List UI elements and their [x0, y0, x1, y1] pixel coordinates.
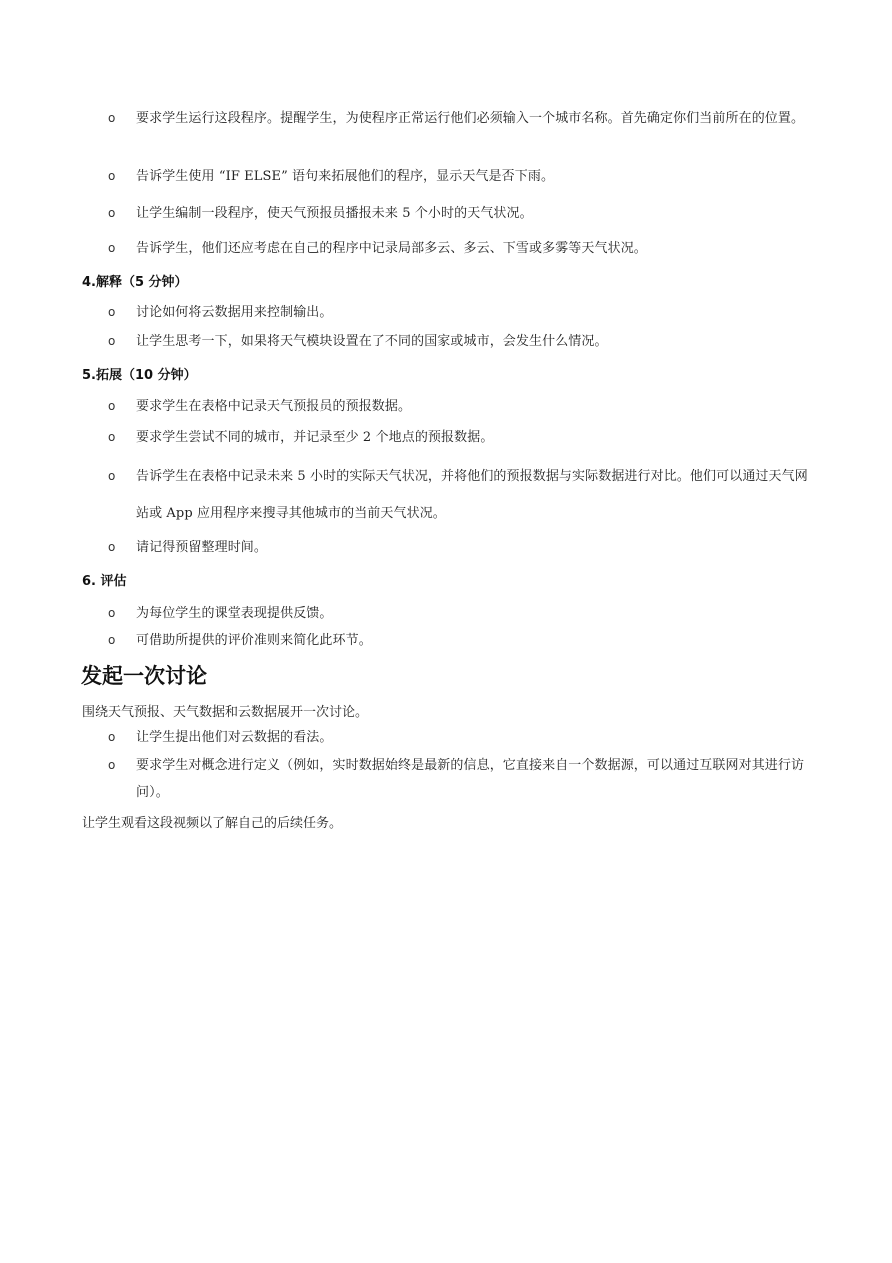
- bullet-circle-icon: o: [108, 606, 115, 620]
- list-item-text: 告诉学生在表格中记录未来 5 小时的实际天气状况，并将他们的预报数据与实际数据进…: [136, 458, 808, 532]
- list-item-text: 请记得预留整理时间。: [136, 534, 808, 561]
- discussion-intro: 围绕天气预报、天气数据和云数据展开一次讨论。: [82, 701, 368, 720]
- bullet-circle-icon: o: [108, 430, 115, 444]
- list-item-text: 让学生提出他们对云数据的看法。: [136, 724, 808, 751]
- discussion-closing: 让学生观看这段视频以了解自己的后续任务。: [82, 812, 342, 831]
- list-item-text: 要求学生运行这段程序。提醒学生，为使程序正常运行他们必须输入一个城市名称。首先确…: [136, 105, 808, 132]
- discussion-title: 发起一次讨论: [81, 660, 207, 690]
- section-heading-evaluate: 6. 评估: [82, 570, 127, 589]
- section-heading-explain: 4.解释（5 分钟）: [82, 271, 188, 290]
- bullet-circle-icon: o: [108, 241, 115, 255]
- bullet-circle-icon: o: [108, 334, 115, 348]
- bullet-circle-icon: o: [108, 111, 115, 125]
- bullet-circle-icon: o: [108, 169, 115, 183]
- list-item-text: 让学生编制一段程序，使天气预报员播报未来 5 个小时的天气状况。: [136, 200, 808, 227]
- bullet-circle-icon: o: [108, 540, 115, 554]
- list-item-text: 讨论如何将云数据用来控制输出。: [136, 299, 808, 326]
- list-item-text: 告诉学生，他们还应考虑在自己的程序中记录局部多云、多云、下雪或多雾等天气状况。: [136, 235, 808, 262]
- list-item-text: 告诉学生使用 “IF ELSE” 语句来拓展他们的程序，显示天气是否下雨。: [136, 163, 808, 190]
- bullet-circle-icon: o: [108, 206, 115, 220]
- list-item-text: 可借助所提供的评价准则来简化此环节。: [136, 627, 808, 654]
- document-page: o 要求学生运行这段程序。提醒学生，为使程序正常运行他们必须输入一个城市名称。首…: [0, 0, 892, 1263]
- list-item-text: 为每位学生的课堂表现提供反馈。: [136, 600, 808, 627]
- list-item-text: 要求学生对概念进行定义（例如，实时数据始终是最新的信息，它直接来自一个数据源，可…: [136, 752, 808, 806]
- list-item-text: 要求学生尝试不同的城市，并记录至少 2 个地点的预报数据。: [136, 424, 808, 451]
- bullet-circle-icon: o: [108, 305, 115, 319]
- bullet-circle-icon: o: [108, 469, 115, 483]
- list-item-text: 让学生思考一下，如果将天气模块设置在了不同的国家或城市，会发生什么情况。: [136, 328, 808, 355]
- list-item-text: 要求学生在表格中记录天气预报员的预报数据。: [136, 393, 808, 420]
- bullet-circle-icon: o: [108, 758, 115, 772]
- bullet-circle-icon: o: [108, 730, 115, 744]
- bullet-circle-icon: o: [108, 399, 115, 413]
- bullet-circle-icon: o: [108, 633, 115, 647]
- section-heading-extend: 5.拓展（10 分钟）: [82, 364, 197, 383]
